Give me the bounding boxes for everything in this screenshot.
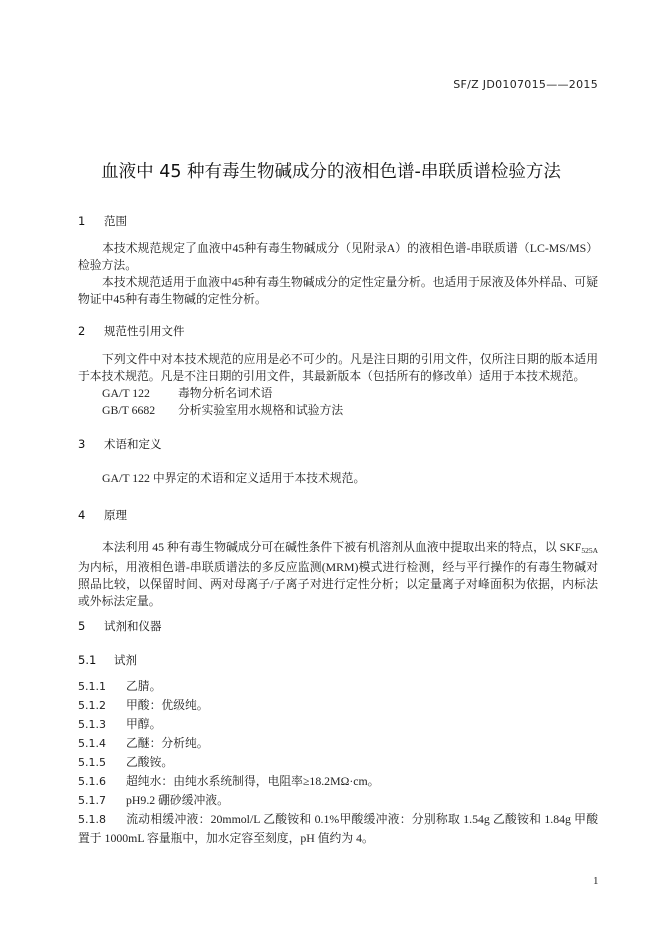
document-page: SF/Z JD0107015——2015 血液中 45 种有毒生物碱成分的液相色… bbox=[0, 0, 662, 936]
paragraph: 本技术规范适用于血液中45种有毒生物碱成分的定性定量分析。也适用于尿液及体外样品… bbox=[78, 274, 598, 308]
section-number: 5 bbox=[78, 619, 104, 633]
page-number: 1 bbox=[593, 875, 599, 887]
section-title: 术语和定义 bbox=[104, 437, 162, 451]
list-item: 5.1.7pH9.2 硼砂缓冲液。 bbox=[78, 791, 598, 810]
list-item: 5.1.3甲醇。 bbox=[78, 715, 598, 734]
reference-code: GB/T 6682 bbox=[102, 402, 178, 419]
section-number: 4 bbox=[78, 508, 104, 522]
paragraph: 下列文件中对本技术规范的应用是必不可少的。凡是注日期的引用文件，仅所注日期的版本… bbox=[78, 351, 598, 385]
paragraph: GA/T 122 中界定的术语和定义适用于本技术规范。 bbox=[78, 470, 598, 487]
reference-title: 分析实验室用水规格和试验方法 bbox=[178, 403, 343, 417]
section-heading-3: 3术语和定义 bbox=[78, 436, 598, 452]
section-title: 原理 bbox=[104, 508, 127, 522]
section-title: 规范性引用文件 bbox=[104, 324, 185, 338]
section-heading-4: 4原理 bbox=[78, 507, 598, 523]
list-item: 5.1.1乙腈。 bbox=[78, 677, 598, 696]
reagent-list: 5.1.1乙腈。 5.1.2甲酸：优级纯。 5.1.3甲醇。 5.1.4乙醚：分… bbox=[78, 677, 598, 848]
reference-item: GA/T 122毒物分析名词术语 bbox=[78, 385, 622, 402]
reference-item: GB/T 6682分析实验室用水规格和试验方法 bbox=[78, 402, 622, 419]
section-number: 2 bbox=[78, 324, 104, 338]
subsection-title: 试剂 bbox=[114, 653, 137, 667]
standard-code: SF/Z JD0107015——2015 bbox=[453, 78, 598, 91]
paragraph: 本技术规范规定了血液中45种有毒生物碱成分（见附录A）的液相色谱-串联质谱（LC… bbox=[78, 240, 598, 274]
list-item: 5.1.6超纯水：由纯水系统制得，电阻率≥18.2MΩ·cm。 bbox=[78, 772, 598, 791]
list-item: 5.1.8流动相缓冲液：20mmol/L 乙酸铵和 0.1%甲酸缓冲液：分别称取… bbox=[78, 810, 598, 848]
paragraph: 本法利用 45 种有毒生物碱成分可在碱性条件下被有机溶剂从血液中提取出来的特点，… bbox=[78, 539, 598, 610]
section-title: 范围 bbox=[104, 214, 127, 228]
reference-code: GA/T 122 bbox=[102, 385, 178, 402]
list-item: 5.1.4乙醚：分析纯。 bbox=[78, 734, 598, 753]
subsection-number: 5.1 bbox=[78, 653, 114, 667]
list-item: 5.1.5乙酸铵。 bbox=[78, 753, 598, 772]
section-heading-2: 2规范性引用文件 bbox=[78, 323, 598, 339]
list-item: 5.1.2甲酸：优级纯。 bbox=[78, 696, 598, 715]
section-number: 1 bbox=[78, 214, 104, 228]
section-heading-1: 1范围 bbox=[78, 213, 598, 229]
subscript: 525A bbox=[581, 546, 598, 555]
section-number: 3 bbox=[78, 437, 104, 451]
section-title: 试剂和仪器 bbox=[104, 619, 162, 633]
reference-title: 毒物分析名词术语 bbox=[178, 386, 272, 400]
section-heading-5: 5试剂和仪器 bbox=[78, 618, 598, 634]
document-title: 血液中 45 种有毒生物碱成分的液相色谱-串联质谱检验方法 bbox=[0, 158, 662, 183]
subsection-heading-5-1: 5.1试剂 bbox=[78, 652, 598, 668]
